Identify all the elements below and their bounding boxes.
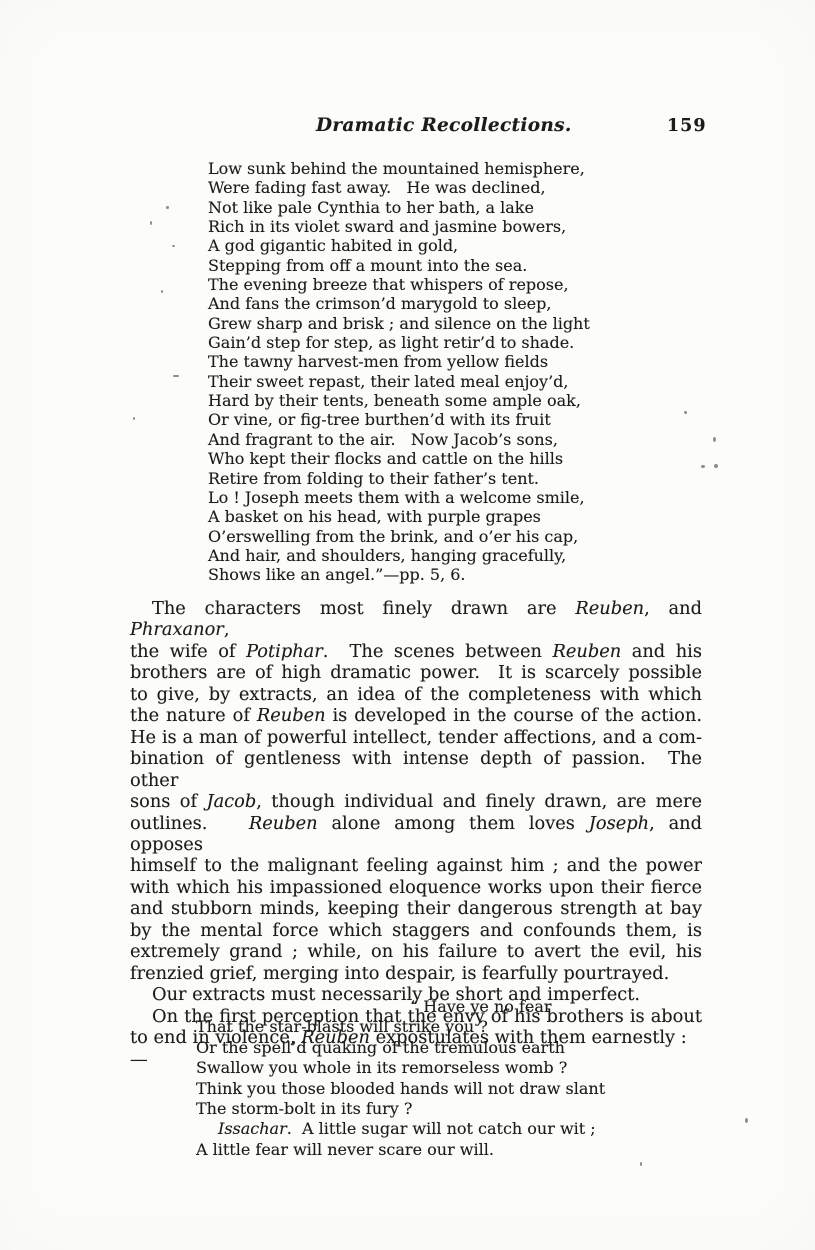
text-line: He is a man of powerful intellect, tende… xyxy=(130,727,702,748)
text-line: A little fear will never scare our will. xyxy=(196,1140,605,1160)
text-line: frenzied grief, merging into despair, is… xyxy=(130,963,702,984)
text-line: extremely grand ; while, on his failure … xyxy=(130,941,702,962)
text-line: Or the spell’d quaking of the tremulous … xyxy=(196,1038,605,1058)
text-line: The characters most finely drawn are Reu… xyxy=(130,598,702,641)
scan-speck xyxy=(133,417,135,420)
text-line: Issachar. A little sugar will not catch … xyxy=(196,1119,605,1139)
text-line: And fragrant to the air. Now Jacob’s son… xyxy=(208,430,590,449)
text-line: the nature of Reuben is developed in the… xyxy=(130,705,702,726)
text-line: and stubborn minds, keeping their danger… xyxy=(130,898,702,919)
text-line: Not like pale Cynthia to her bath, a lak… xyxy=(208,198,590,217)
scan-speck xyxy=(745,1118,748,1123)
text-line: brothers are of high dramatic power. It … xyxy=(130,662,702,683)
text-line: Retire from folding to their father’s te… xyxy=(208,469,590,488)
paragraph: The characters most finely drawn are Reu… xyxy=(130,598,702,984)
text-line: That the star-blasts will strike you ? xyxy=(196,1017,605,1037)
verse-extract-top: Low sunk behind the mountained hemispher… xyxy=(208,159,590,585)
text-line: Swallow you whole in its remorseless wom… xyxy=(196,1058,605,1078)
verse-extract-bottom: “ Have ye no fearThat the star-blasts wi… xyxy=(196,997,605,1160)
text-line: The tawny harvest-men from yellow fields xyxy=(208,352,590,371)
text-line: “ Have ye no fear xyxy=(196,997,605,1017)
scan-speck xyxy=(166,206,169,209)
scan-speck xyxy=(713,437,716,442)
running-title: Dramatic Recollections. xyxy=(316,115,572,136)
text-line: by the mental force which staggers and c… xyxy=(130,920,702,941)
book-page: Dramatic Recollections. 159 Low sunk beh… xyxy=(0,0,815,1250)
text-line: The storm-bolt in its fury ? xyxy=(196,1099,605,1119)
scan-speck xyxy=(172,245,175,247)
text-line: O’erswelling from the brink, and o’er hi… xyxy=(208,527,590,546)
page-number: 159 xyxy=(667,116,707,136)
text-line: And fans the crimson’d marygold to sleep… xyxy=(208,294,590,313)
scan-speck xyxy=(701,465,705,468)
text-line: And hair, and shoulders, hanging gracefu… xyxy=(208,546,590,565)
text-line: Stepping from off a mount into the sea. xyxy=(208,256,590,275)
text-line: Gain’d step for step, as light retir’d t… xyxy=(208,333,590,352)
scan-speck xyxy=(640,1162,642,1166)
text-line: sons of Jacob, though individual and fin… xyxy=(130,791,702,812)
text-line: the wife of Potiphar. The scenes between… xyxy=(130,641,702,662)
text-line: Low sunk behind the mountained hemispher… xyxy=(208,159,590,178)
scan-speck xyxy=(150,221,152,225)
text-line: bination of gentleness with intense dept… xyxy=(130,748,702,791)
text-line: Were fading fast away. He was declined, xyxy=(208,178,590,197)
text-line: A god gigantic habited in gold, xyxy=(208,236,590,255)
scan-speck xyxy=(714,464,718,468)
text-line: Or vine, or fig-tree burthen’d with its … xyxy=(208,410,590,429)
text-line: The evening breeze that whispers of repo… xyxy=(208,275,590,294)
scan-speck xyxy=(173,375,179,377)
scan-speck xyxy=(161,290,163,293)
text-line: A basket on his head, with purple grapes xyxy=(208,507,590,526)
text-line: himself to the malignant feeling against… xyxy=(130,855,702,876)
scan-speck xyxy=(684,411,687,414)
text-line: Grew sharp and brisk ; and silence on th… xyxy=(208,314,590,333)
text-line: Lo ! Joseph meets them with a welcome sm… xyxy=(208,488,590,507)
text-line: with which his impassioned eloquence wor… xyxy=(130,877,702,898)
text-line: Hard by their tents, beneath some ample … xyxy=(208,391,590,410)
text-line: Shows like an angel.”—pp. 5, 6. xyxy=(208,565,590,584)
text-line: to give, by extracts, an idea of the com… xyxy=(130,684,702,705)
text-line: outlines. Reuben alone among them loves … xyxy=(130,813,702,856)
text-line: Their sweet repast, their lated meal enj… xyxy=(208,372,590,391)
text-line: Rich in its violet sward and jasmine bow… xyxy=(208,217,590,236)
text-line: Who kept their flocks and cattle on the … xyxy=(208,449,590,468)
text-line: Think you those blooded hands will not d… xyxy=(196,1079,605,1099)
